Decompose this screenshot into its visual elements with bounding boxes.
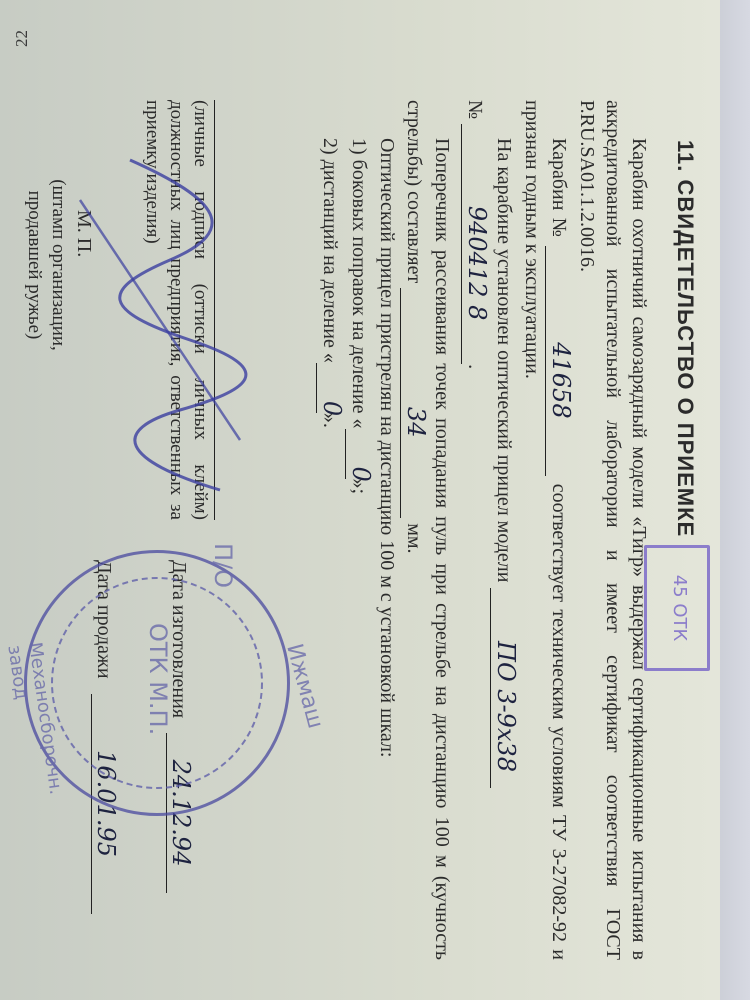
carbine-number-field: 41658 — [545, 246, 574, 476]
zeroing-paragraph: Оптический прицел пристрелян на дистанци… — [374, 100, 400, 960]
signature-scribble — [60, 140, 280, 520]
carbine-paragraph: Карабин № 41658 соответствует технически… — [519, 100, 574, 960]
scope-paragraph: На карабине установлен оптический прицел… — [461, 100, 519, 960]
factory-round-stamp: Ижмаш П/О ОТК М.П. Механосборочн. завод — [24, 550, 290, 816]
page-number: 22 — [12, 30, 32, 47]
document-body: Карабин охотничий самозарядный модели «Т… — [316, 100, 652, 960]
zeroing-item-1: 1) боковых поправок на деление «0»; — [345, 100, 374, 960]
scope-number-field: 940412 8 — [461, 124, 490, 364]
scope-model-field: ПО 3-9х38 — [490, 588, 519, 788]
zeroing-item-2: 2) дистанций на деление «0». — [316, 100, 345, 960]
otk-rect-stamp: 45 ОТК — [644, 545, 710, 671]
windage-value-field: 0 — [345, 429, 374, 479]
elevation-value-field: 0 — [316, 363, 345, 413]
section-title: 11. СВИДЕТЕЛЬСТВО О ПРИЕМКЕ — [672, 140, 698, 537]
rect-stamp-text: 45 ОТК — [651, 548, 707, 668]
dispersion-value-field: 34 — [400, 288, 429, 518]
certification-paragraph: Карабин охотничий самозарядный модели «Т… — [574, 100, 652, 960]
stamp-mark: П/О — [209, 543, 237, 588]
dispersion-paragraph: Поперечник рассеивания точек попадания п… — [400, 100, 455, 960]
stamp-center: ОТК М.П. — [144, 623, 172, 735]
document-page: 22 45 ОТК 11. СВИДЕТЕЛЬСТВО О ПРИЕМКЕ Ка… — [0, 0, 720, 1000]
